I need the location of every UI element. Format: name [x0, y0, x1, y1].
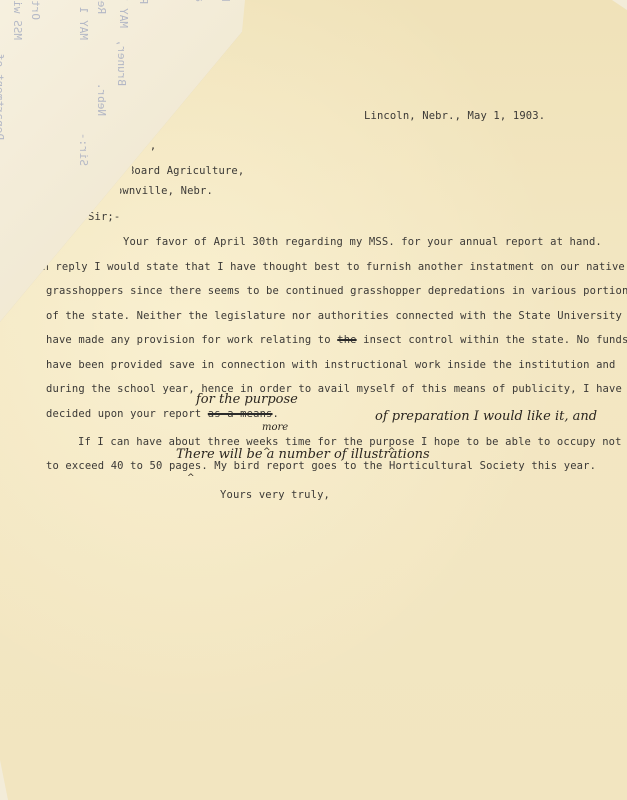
body-line: Your favor of April 30th regarding my MS…: [123, 237, 602, 248]
body-line: during the school year, hence in order t…: [46, 384, 622, 395]
bleed-through-text: FAIR: [219, 0, 232, 2]
scanned-letter: Reed MAY 1 Reed MAY 1 Bruner, Nebr. Sir:…: [0, 0, 627, 800]
body-line: to exceed 40 to 50 pages. My bird report…: [46, 461, 596, 472]
insertion-caret: ^: [388, 447, 396, 457]
body-text: insect control within the state. No fund…: [357, 334, 627, 346]
handwritten-insert-for-the-purpose: for the purpose: [196, 393, 298, 406]
body-line: grasshoppers since there seems to be con…: [46, 286, 627, 297]
bleed-through-text: MAY 1: [77, 7, 90, 40]
bleed-through-text: Nebr.: [95, 83, 108, 116]
insertion-caret: ^: [263, 447, 271, 457]
bleed-through-text: Reed: [95, 0, 108, 14]
bleed-through-text: ampheid: [193, 0, 206, 2]
body-text: .: [273, 408, 279, 420]
salutation: Sir;-: [88, 212, 120, 223]
body-text: decided upon your report: [46, 408, 208, 420]
body-line: In reply I would state that I have thoug…: [36, 262, 625, 273]
body-text: have made any provision for work relatin…: [46, 334, 337, 346]
insertion-caret: ^: [187, 473, 195, 483]
body-line: decided upon your report as a means.: [46, 409, 279, 420]
body-line: If I can have about three weeks time for…: [78, 437, 622, 448]
bleed-through-text: MAY 1: [117, 0, 130, 28]
handwritten-insert-more: more: [262, 423, 288, 433]
bleed-through-text: Orthoptera: [29, 0, 42, 20]
bleed-through-text: Bruner,: [115, 40, 128, 86]
bleed-through-text: Reed: [137, 0, 150, 4]
struck-phrase: as a means: [208, 408, 273, 420]
handwritten-insert-of-preparation: of preparation I would like it, and: [375, 410, 597, 423]
bleed-through-text: Department of: [0, 54, 6, 140]
dateline: Lincoln, Nebr., May 1, 1903.: [364, 111, 545, 122]
body-line: of the state. Neither the legislature no…: [46, 311, 622, 322]
body-line: have been provided save in connection wi…: [46, 360, 616, 371]
closing: Yours very truly,: [220, 490, 330, 501]
struck-word: the: [337, 334, 356, 346]
body-line: have made any provision for work relatin…: [46, 335, 627, 346]
bleed-through-text: Sir:-: [77, 133, 90, 166]
bleed-through-text: MSS will be: [11, 0, 24, 40]
